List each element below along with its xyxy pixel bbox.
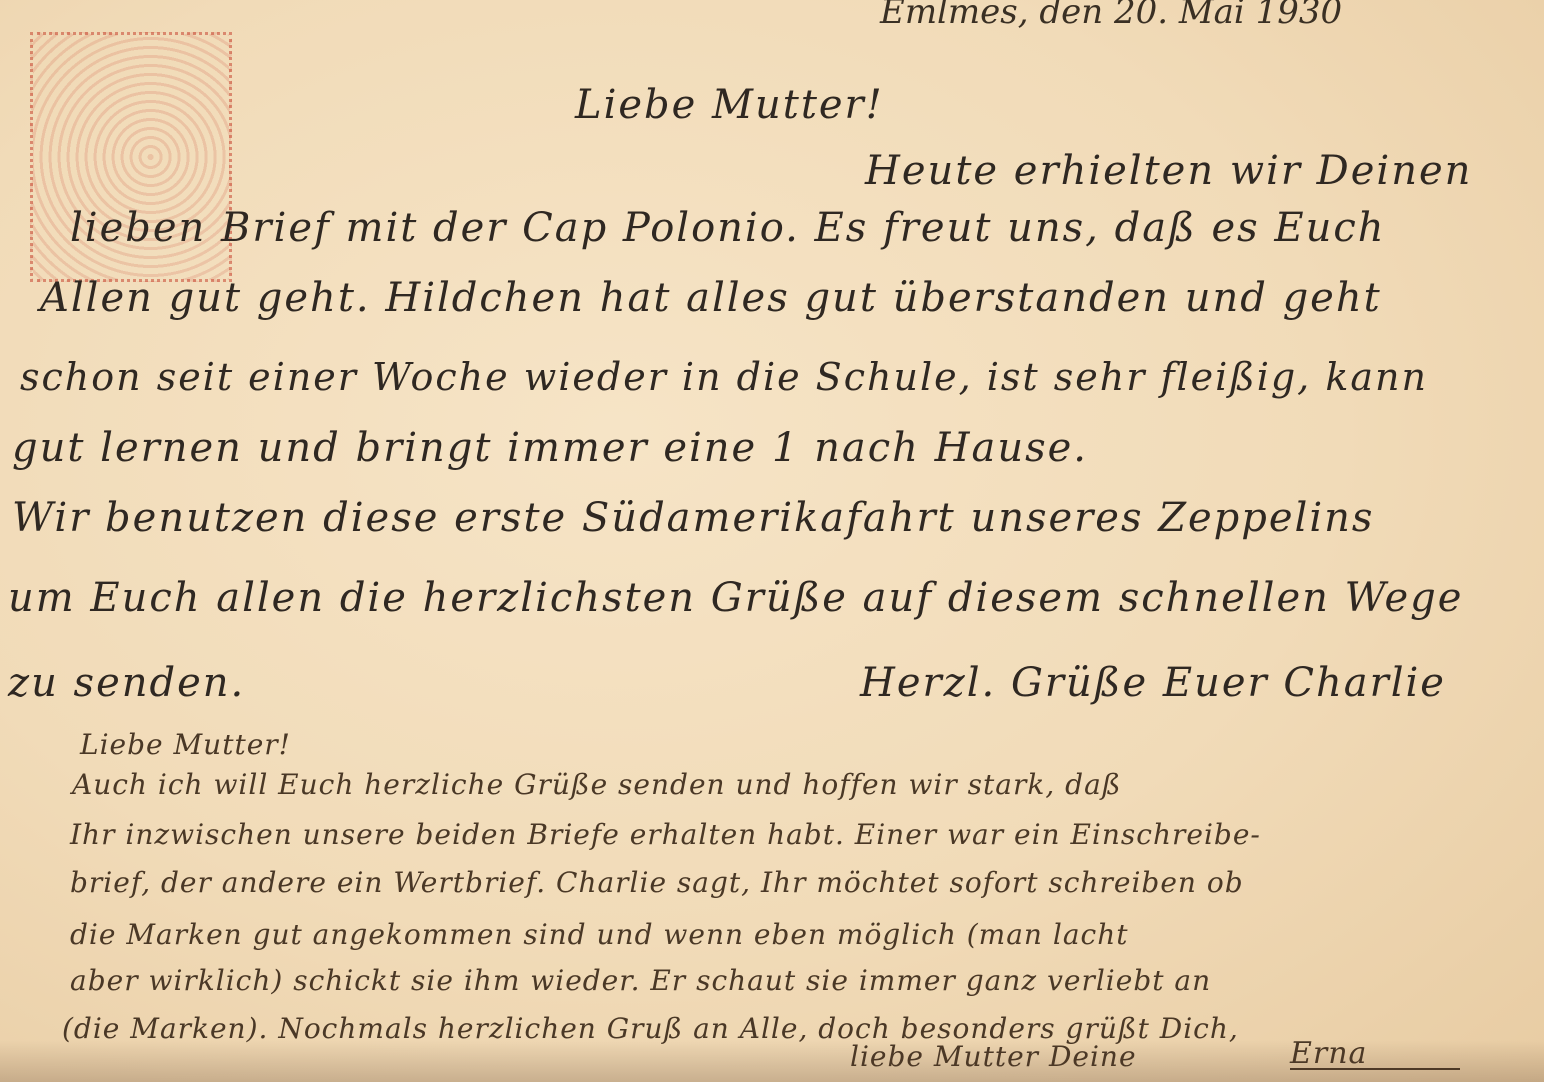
date-line: Emlmes, den 20. Mai 1930 xyxy=(880,0,1342,32)
charlie-line-7: um Euch allen die herzlichsten Grüße auf… xyxy=(8,575,1463,621)
charlie-line-4: schon seit einer Woche wieder in die Sch… xyxy=(20,355,1428,399)
charlie-line-3: Allen gut geht. Hildchen hat alles gut ü… xyxy=(40,275,1382,321)
charlie-salutation: Liebe Mutter! xyxy=(575,82,884,128)
charlie-line-1: Heute erhielten wir Deinen xyxy=(865,148,1472,194)
charlie-line-6: Wir benutzen diese erste Südamerikafahrt… xyxy=(12,495,1374,541)
erna-line-1: Auch ich will Euch herzliche Grüße sende… xyxy=(72,768,1121,801)
postcard: Emlmes, den 20. Mai 1930 Liebe Mutter! H… xyxy=(0,0,1544,1082)
erna-line-5: aber wirklich) schickt sie ihm wieder. E… xyxy=(70,964,1211,997)
charlie-closing: Herzl. Grüße Euer Charlie xyxy=(860,660,1446,706)
charlie-line-8: zu senden. xyxy=(8,660,245,706)
erna-line-2: Ihr inzwischen unsere beiden Briefe erha… xyxy=(70,818,1261,851)
charlie-line-5: gut lernen und bringt immer eine 1 nach … xyxy=(12,425,1088,471)
erna-salutation: Liebe Mutter! xyxy=(80,728,291,761)
erna-line-3: brief, der andere ein Wertbrief. Charlie… xyxy=(70,866,1244,899)
charlie-line-2: lieben Brief mit der Cap Polonio. Es fre… xyxy=(70,205,1386,251)
card-edge-shadow xyxy=(0,1040,1544,1082)
erna-line-4: die Marken gut angekommen sind und wenn … xyxy=(70,918,1128,951)
